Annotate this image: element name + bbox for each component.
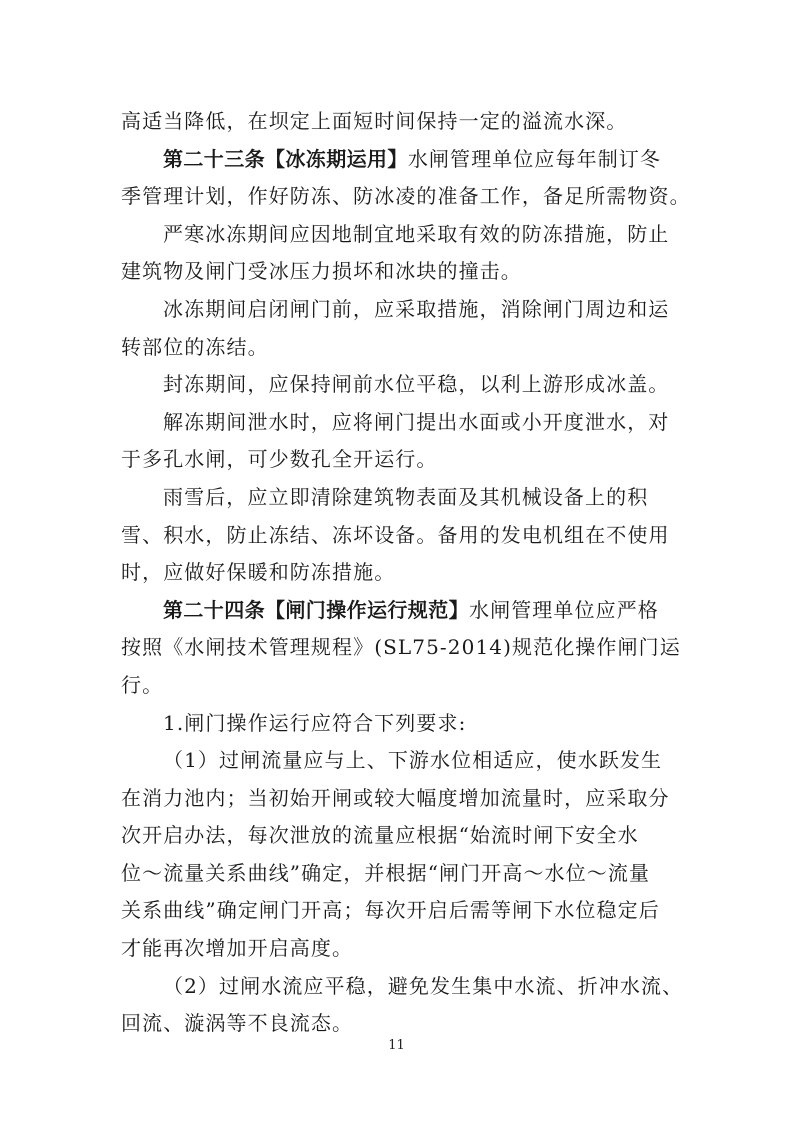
paragraph-line: 季管理计划，作好防冻、防冰凌的准备工作，备足所需物资。 [121,178,677,216]
paragraph-line: 位～流量关系曲线”确定，并根据“闸门开高～水位～流量 [121,855,677,893]
paragraph-line: 才能再次增加开启高度。 [121,930,677,968]
paragraph-text: 水闸管理单位应严格 [469,598,659,622]
paragraph-line: 高适当降低，在坝定上面短时间保持一定的溢流水深。 [121,103,677,141]
paragraph-line: 在消力池内；当初始开闸或较大幅度增加流量时，应采取分 [121,780,677,818]
list-item-line: （2）过闸水流应平稳，避免发生集中水流、折冲水流、 [121,968,677,1006]
paragraph-line: 雪、积水，防止冻结、冻坏设备。备用的发电机组在不使用 [121,517,677,555]
paragraph-line: 转部位的冻结。 [121,329,677,367]
paragraph-line: 次开启办法，每次泄放的流量应根据“始流时闸下安全水 [121,817,677,855]
page-number: 11 [0,1038,793,1053]
article-23-first-line: 第二十三条【冰冻期运用】水闸管理单位应每年制订冬 [121,141,677,179]
paragraph-line: 解冻期间泄水时，应将闸门提出水面或小开度泄水，对 [121,404,677,442]
paragraph-line: 封冻期间，应保持闸前水位平稳，以利上游形成冰盖。 [121,366,677,404]
article-24-heading: 第二十四条【闸门操作运行规范】 [163,598,469,622]
article-24-first-line: 第二十四条【闸门操作运行规范】水闸管理单位应严格 [121,592,677,630]
paragraph-line: 关系曲线”确定闸门开高；每次开启后需等闸下水位稳定后 [121,892,677,930]
paragraph-line: 冰冻期间启闭闸门前，应采取措施，消除闸门周边和运 [121,291,677,329]
list-item-line: （1）过闸流量应与上、下游水位相适应，使水跃发生 [121,742,677,780]
list-intro-line: 1.闸门操作运行应符合下列要求: [121,705,677,743]
document-body: 高适当降低，在坝定上面短时间保持一定的溢流水深。 第二十三条【冰冻期运用】水闸管… [121,103,677,1043]
paragraph-line: 雨雪后，应立即清除建筑物表面及其机械设备上的积 [121,479,677,517]
paragraph-line: 时，应做好保暖和防冻措施。 [121,554,677,592]
paragraph-line: 按照《水闸技术管理规程》(SL75-2014)规范化操作闸门运 [121,629,677,667]
paragraph-line: 严寒冰冻期间应因地制宜地采取有效的防冻措施，防止 [121,216,677,254]
paragraph-text: 水闸管理单位应每年制订冬 [408,147,661,171]
paragraph-line: 于多孔水闸，可少数孔全开运行。 [121,441,677,479]
paragraph-line: 建筑物及闸门受冰压力损坏和冰块的撞击。 [121,253,677,291]
paragraph-line: 行。 [121,667,677,705]
article-23-heading: 第二十三条【冰冻期运用】 [163,147,408,171]
